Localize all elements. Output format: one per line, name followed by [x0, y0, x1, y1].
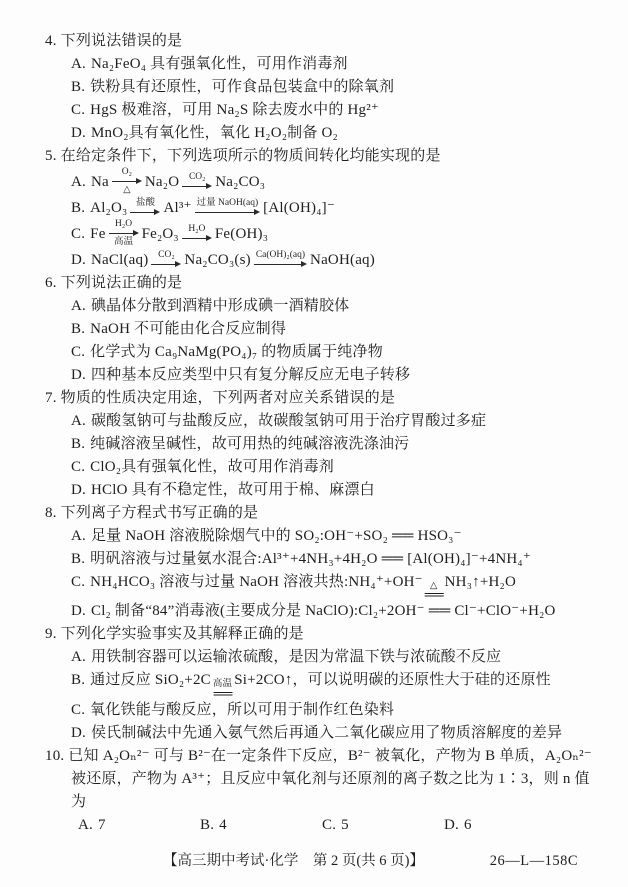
- question-stem: 10.已知 A₂Oₙ²⁻ 可与 B²⁻在一定条件下反应，B²⁻ 被氧化，产物为 …: [45, 745, 602, 814]
- option: A.碳酸氢钠可与盐酸反应，故碳酸氢钠可用于治疗胃酸过多症: [45, 410, 602, 433]
- option: D.6: [444, 814, 472, 837]
- option: D.NaCl(aq)CO₂Na₂CO₃(s)Ca(OH)₂(aq)NaOH(aq…: [45, 249, 602, 272]
- question-number: 8.: [45, 505, 61, 521]
- option-label: B.: [71, 551, 90, 567]
- option: C.NH₄HCO₃ 溶液与过量 NaOH 溶液共热:NH₄⁺+OH⁻△══NH₃…: [45, 571, 602, 600]
- question-number: 6.: [45, 275, 61, 291]
- question: 5.在给定条件下，下列选项所示的物质间转化均能实现的是 A.NaO₂△Na₂OC…: [45, 145, 602, 272]
- option: B.铁粉具有还原性，可作食品包装盒中的除氧剂: [45, 76, 602, 99]
- option: B.明矾溶液与过量氨水混合:Al³⁺+4NH₃+4H₂O ══ [Al(OH)₄…: [45, 548, 602, 571]
- option-label: A.: [71, 413, 91, 429]
- options-list: A.用铁制容器可以运输浓硫酸，是因为常温下铁与浓硫酸不反应B.通过反应 SiO₂…: [45, 646, 602, 744]
- option: C.化学式为 Ca₉NaMg(PO₄)₇ 的物质属于纯净物: [45, 341, 602, 364]
- options-list: A.碘晶体分散到酒精中形成碘一酒精胶体B.NaOH 不可能由化合反应制得C.化学…: [45, 295, 602, 387]
- option: C.ClO₂具有强氧化性，故可用作消毒剂: [45, 456, 602, 479]
- option-label: B.: [71, 200, 90, 216]
- option-label: D.: [71, 125, 91, 141]
- option-label: A.: [71, 528, 91, 544]
- option: B.4: [200, 814, 322, 837]
- option-label: A.: [71, 649, 91, 665]
- questions-container: 4.下列说法错误的是 A.Na₂FeO₄ 具有强氧化性，可用作消毒剂B.铁粉具有…: [45, 30, 602, 837]
- arrow-shaft-icon: [182, 183, 212, 190]
- option: D.四种基本反应类型中只有复分解反应无电子转移: [45, 364, 602, 387]
- reaction-arrow-icon: CO₂: [151, 250, 181, 268]
- option-label: C.: [71, 102, 90, 118]
- option-label: A.: [71, 298, 91, 314]
- option-label: C.: [71, 459, 90, 475]
- question-stem-text: 物质的性质决定用途，下列两者对应关系错误的是: [61, 390, 395, 406]
- question: 6.下列说法正确的是 A.碘晶体分散到酒精中形成碘一酒精胶体B.NaOH 不可能…: [45, 272, 602, 387]
- equals-with-condition-icon: 高温══: [213, 679, 232, 698]
- question: 7.物质的性质决定用途，下列两者对应关系错误的是 A.碳酸氢钠可与盐酸反应，故碳…: [45, 387, 602, 502]
- option: A.碘晶体分散到酒精中形成碘一酒精胶体: [45, 295, 602, 318]
- question-number: 4.: [45, 33, 61, 49]
- paper-code: 26—L—158C: [490, 850, 578, 872]
- question-stem: 4.下列说法错误的是: [45, 30, 602, 53]
- arrow-shaft-icon: [130, 209, 160, 216]
- option: A.7: [78, 814, 200, 837]
- reaction-arrow-icon: 盐酸: [130, 198, 160, 216]
- option-label: A.: [71, 56, 91, 72]
- option: C.FeH₂O高温Fe₂O₃H₂OFe(OH)₃: [45, 220, 602, 249]
- reaction-arrow-icon: O₂△: [112, 167, 142, 196]
- question-number: 7.: [45, 390, 61, 406]
- option: C.氧化铁能与酸反应，所以可用于制作红色染料: [45, 699, 602, 722]
- option-label: B.: [71, 321, 90, 337]
- options-list: A.7B.4C.5D.6: [45, 814, 602, 837]
- option: B.通过反应 SiO₂+2C高温══Si+2CO↑，可以说明碳的还原性大于硅的还…: [45, 669, 602, 698]
- question-stem: 8.下列离子方程式书写正确的是: [45, 502, 602, 525]
- option: D.侯氏制碱法中先通入氨气然后再通入二氧化碳应用了物质溶解度的差异: [45, 722, 602, 745]
- equals-with-condition-icon: △══: [425, 581, 443, 600]
- question-stem: 7.物质的性质决定用途，下列两者对应关系错误的是: [45, 387, 602, 410]
- options-list: A.足量 NaOH 溶液脱除烟气中的 SO₂:OH⁻+SO₂ ══ HSO₃⁻B…: [45, 525, 602, 623]
- question-stem: 6.下列说法正确的是: [45, 272, 602, 295]
- option-label: B.: [71, 672, 90, 688]
- question: 8.下列离子方程式书写正确的是 A.足量 NaOH 溶液脱除烟气中的 SO₂:O…: [45, 502, 602, 623]
- question-number: 9.: [45, 626, 61, 642]
- arrow-shaft-icon: [109, 230, 139, 237]
- option-label: D.: [71, 725, 91, 741]
- question-stem: 9.下列化学实验事实及其解释正确的是: [45, 623, 602, 646]
- question-stem-text: 下列说法正确的是: [61, 275, 183, 291]
- options-list: A.碳酸氢钠可与盐酸反应，故碳酸氢钠可用于治疗胃酸过多症B.纯碱溶液呈碱性，故可…: [45, 410, 602, 502]
- option-label: D.: [444, 817, 464, 833]
- question: 9.下列化学实验事实及其解释正确的是 A.用铁制容器可以运输浓硫酸，是因为常温下…: [45, 623, 602, 744]
- arrow-shaft-icon: [254, 261, 307, 268]
- question-stem-text: 下列离子方程式书写正确的是: [61, 505, 259, 521]
- question-number: 5.: [45, 148, 61, 164]
- option-label: D.: [71, 482, 91, 498]
- option-label: C.: [71, 226, 90, 242]
- question-stem-text: 在给定条件下，下列选项所示的物质间转化均能实现的是: [61, 148, 441, 164]
- exam-page: 4.下列说法错误的是 A.Na₂FeO₄ 具有强氧化性，可用作消毒剂B.铁粉具有…: [0, 0, 628, 887]
- option: A.用铁制容器可以运输浓硫酸，是因为常温下铁与浓硫酸不反应: [45, 646, 602, 669]
- page-footer: 【高三期中考试·化学 第 2 页(共 6 页)】 26—L—158C: [45, 850, 602, 872]
- option-label: B.: [71, 79, 90, 95]
- option-label: C.: [71, 574, 90, 590]
- option: D.HClO 具有不稳定性，故可用于棉、麻漂白: [45, 479, 602, 502]
- arrow-shaft-icon: [182, 235, 212, 242]
- question-stem-text: 下列说法错误的是: [61, 33, 183, 49]
- option-label: B.: [71, 436, 90, 452]
- option: D.Cl₂ 制备“84”消毒液(主要成分是 NaClO):Cl₂+2OH⁻ ══…: [45, 600, 602, 623]
- arrow-shaft-icon: [151, 261, 181, 268]
- question: 10.已知 A₂Oₙ²⁻ 可与 B²⁻在一定条件下反应，B²⁻ 被氧化，产物为 …: [45, 745, 602, 837]
- option-label: A.: [78, 817, 98, 833]
- option-label: A.: [71, 174, 91, 190]
- option-label: D.: [71, 367, 91, 383]
- option-label: D.: [71, 252, 91, 268]
- option-label: C.: [71, 344, 90, 360]
- reaction-arrow-icon: CO₂: [182, 172, 212, 190]
- option: B.纯碱溶液呈碱性，故可用热的纯碱溶液洗涤油污: [45, 433, 602, 456]
- option: C.5: [322, 814, 444, 837]
- question-stem-text: 已知 A₂Oₙ²⁻ 可与 B²⁻在一定条件下反应，B²⁻ 被氧化，产物为 B 单…: [68, 748, 592, 810]
- arrow-shaft-icon: [112, 178, 142, 185]
- option: C.HgS 极难溶，可用 Na₂S 除去废水中的 Hg²⁺: [45, 99, 602, 122]
- reaction-arrow-icon: H₂O: [182, 224, 212, 242]
- option: A.Na₂FeO₄ 具有强氧化性，可用作消毒剂: [45, 53, 602, 76]
- option-label: C.: [322, 817, 341, 833]
- option-label: B.: [200, 817, 219, 833]
- question-stem: 5.在给定条件下，下列选项所示的物质间转化均能实现的是: [45, 145, 602, 168]
- option-label: D.: [71, 603, 91, 619]
- reaction-arrow-icon: H₂O高温: [109, 219, 139, 248]
- options-list: A.Na₂FeO₄ 具有强氧化性，可用作消毒剂B.铁粉具有还原性，可作食品包装盒…: [45, 53, 602, 145]
- option: D.MnO₂具有氧化性，氧化 H₂O₂制备 O₂: [45, 122, 602, 145]
- question: 4.下列说法错误的是 A.Na₂FeO₄ 具有强氧化性，可用作消毒剂B.铁粉具有…: [45, 30, 602, 145]
- reaction-arrow-icon: 过量 NaOH(aq): [195, 198, 260, 216]
- arrow-shaft-icon: [195, 209, 260, 216]
- question-stem-text: 下列化学实验事实及其解释正确的是: [61, 626, 304, 642]
- question-number: 10.: [45, 748, 68, 764]
- options-list: A.NaO₂△Na₂OCO₂Na₂CO₃B.Al₂O₃盐酸Al³⁺过量 NaOH…: [45, 168, 602, 272]
- reaction-arrow-icon: Ca(OH)₂(aq): [254, 250, 307, 268]
- option: A.足量 NaOH 溶液脱除烟气中的 SO₂:OH⁻+SO₂ ══ HSO₃⁻: [45, 525, 602, 548]
- option: A.NaO₂△Na₂OCO₂Na₂CO₃: [45, 168, 602, 197]
- option-label: C.: [71, 702, 90, 718]
- option: B.NaOH 不可能由化合反应制得: [45, 318, 602, 341]
- option: B.Al₂O₃盐酸Al³⁺过量 NaOH(aq)[Al(OH)₄]⁻: [45, 197, 602, 220]
